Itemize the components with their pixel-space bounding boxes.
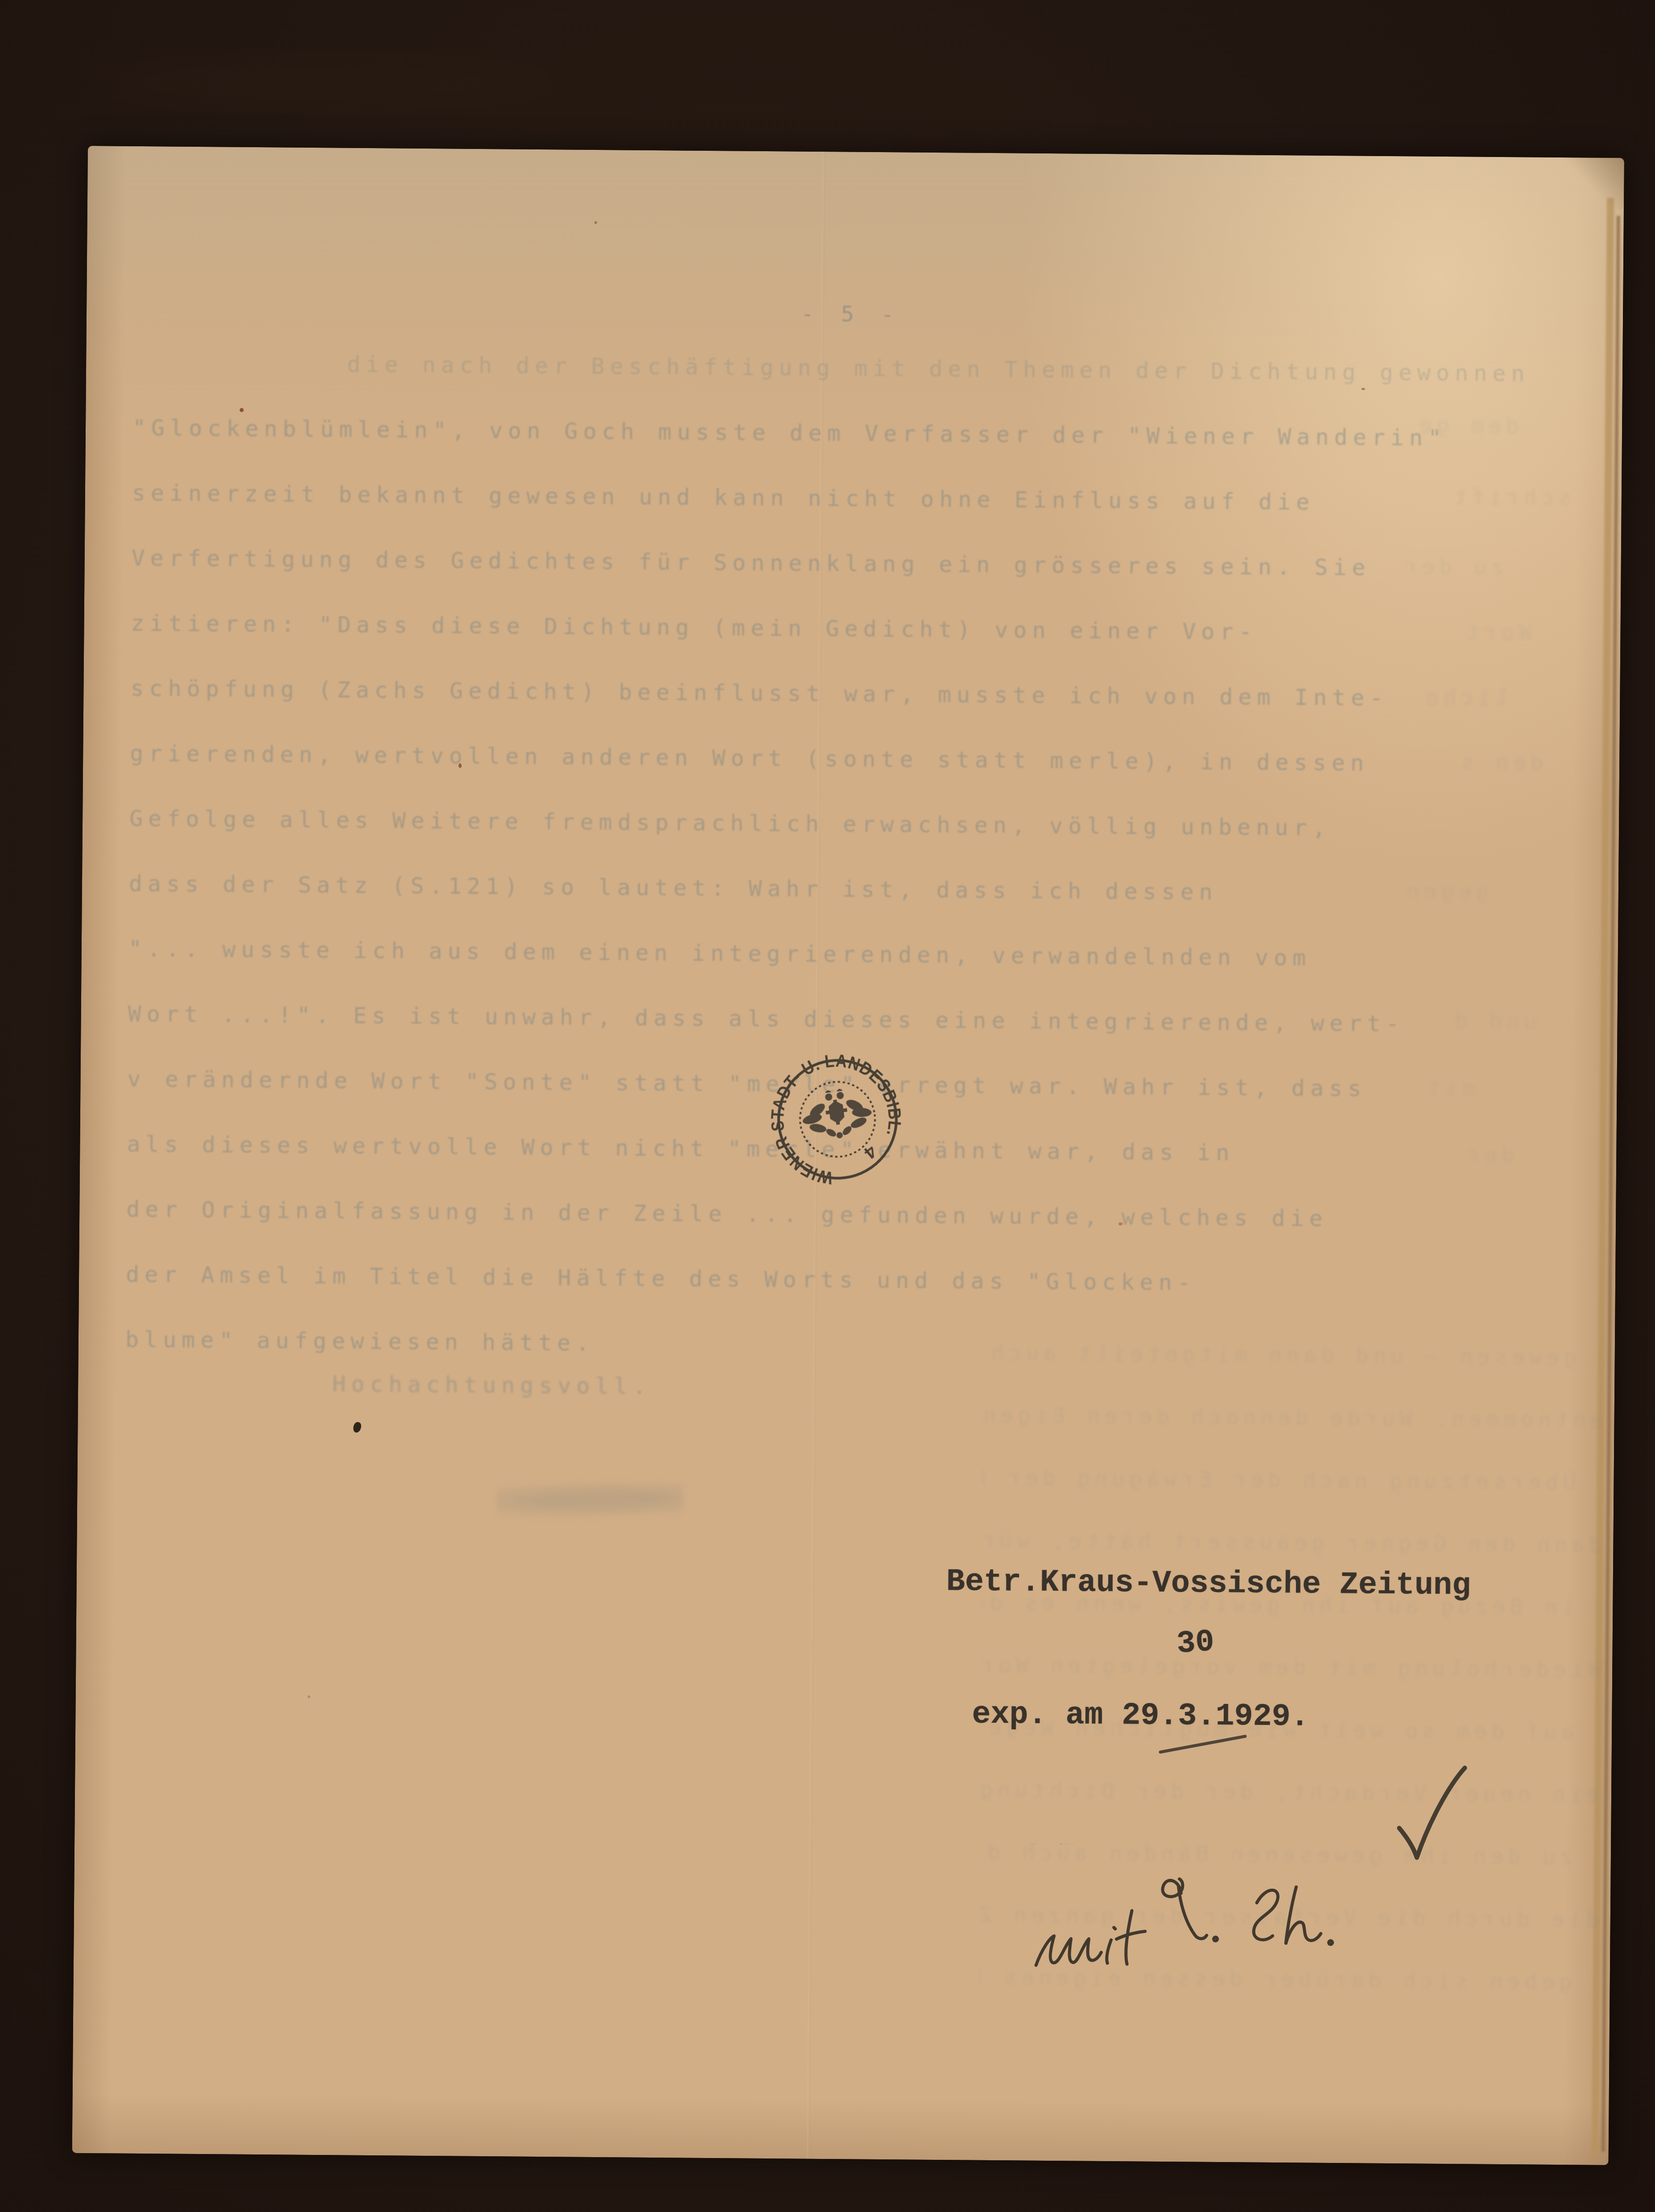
faded-signature <box>496 1480 684 1522</box>
body-line: schöpfung (Zachs Gedicht) beeinflusst wa… <box>130 656 1469 732</box>
bleed-line: Übersetzung nach der Erwägung der Drucke… <box>982 1447 1603 1514</box>
body-line: Verfertigung des Gedichtes für Sonnenkla… <box>131 525 1469 601</box>
annotation-subject: Betr.Kraus-Vossische Zeitung <box>946 1564 1471 1604</box>
body-line: die nach der Beschäftigung mit den Theme… <box>133 330 1471 406</box>
body-line: dass der Satz (S.121) so lautet: Wahr is… <box>128 851 1467 927</box>
handwriting-text-label: mit R. Sch. <box>1029 1844 1076 1846</box>
bleed-line: Wiederholung mit dem vorgelegten Wortlau… <box>981 1634 1601 1701</box>
body-line: Gefolge alles Weitere fremdsprachlich er… <box>129 786 1468 862</box>
body-line: seinerzeit bekannt gewesen und kann nich… <box>132 460 1470 536</box>
exp-prefix: exp. am <box>972 1697 1122 1734</box>
bleed-margin-fragment: und d <box>1450 1009 1537 1034</box>
corner-fold-shading <box>1559 156 1624 210</box>
background-light-streak <box>80 62 571 103</box>
bleed-margin-fragment: den s <box>1457 750 1544 776</box>
stamp-eagle-emblem <box>799 1085 875 1143</box>
date-suffix: .3.1929. <box>1159 1699 1309 1735</box>
carbon-copy-body: die nach der Beschäftigung mit den Theme… <box>125 330 1471 1382</box>
bleed-line: ein neuer Verdacht, der der Dichtung ent… <box>980 1759 1601 1826</box>
library-stamp: WIENER STADT- U. LANDESBIBL. 4 <box>752 1034 923 1204</box>
bleed-line: entnommen. Wurde dennoch deren Eigenscha… <box>983 1384 1603 1451</box>
body-line: "Glockenblümlein", von Goch musste dem V… <box>132 395 1470 471</box>
date-correction: 30 <box>1176 1625 1215 1662</box>
bleed-margin-fragment: zu der <box>1400 554 1504 580</box>
body-line: Wort ...!". Es ist unwahr, dass als dies… <box>128 981 1466 1057</box>
body-line: grierenden, wertvollen anderen Wort (son… <box>130 721 1468 797</box>
body-line: der Amsel im Titel die Hälfte des Worts … <box>126 1242 1464 1318</box>
scanned-document-background: - 5 - die nach der Beschäftigung mit den… <box>0 0 1655 2212</box>
annotation-exp-line: exp. am 29.3.1929. <box>972 1697 1309 1735</box>
body-line: zitieren: "Dass diese Dichtung (mein Ged… <box>131 591 1469 666</box>
bleed-margin-fragment: schrift <box>1450 484 1572 510</box>
struck-date: 29 <box>1122 1698 1160 1734</box>
bleed-margin-fragment: mit <box>1423 1075 1475 1101</box>
bleed-margin-fragment: liche <box>1421 685 1508 711</box>
closing-line: Hochachtungsvoll. <box>332 1371 652 1399</box>
ink-spot <box>352 1421 362 1433</box>
bleed-line: gewesen — und dann mitgeteilt auch Beisp… <box>983 1322 1604 1389</box>
bleed-margin-fragment: gegen <box>1402 879 1489 905</box>
bleed-margin-fragment: dem ge <box>1415 413 1519 438</box>
document-page: - 5 - die nach der Beschäftigung mit den… <box>72 146 1624 2165</box>
handwritten-note: mit R. Sch. <box>1028 1844 1350 1998</box>
page-number: - 5 - <box>801 302 901 327</box>
paper-speck <box>308 1695 310 1698</box>
paper-speck <box>594 221 597 224</box>
stamp-number: 4 <box>860 1141 880 1163</box>
checkmark-icon <box>1394 1761 1470 1869</box>
bleed-margin-fragment: Wort <box>1462 620 1531 645</box>
bleed-margin-fragment: der <box>1462 1142 1515 1168</box>
body-line: "... wusste ich aus dem einen integriere… <box>128 916 1466 992</box>
